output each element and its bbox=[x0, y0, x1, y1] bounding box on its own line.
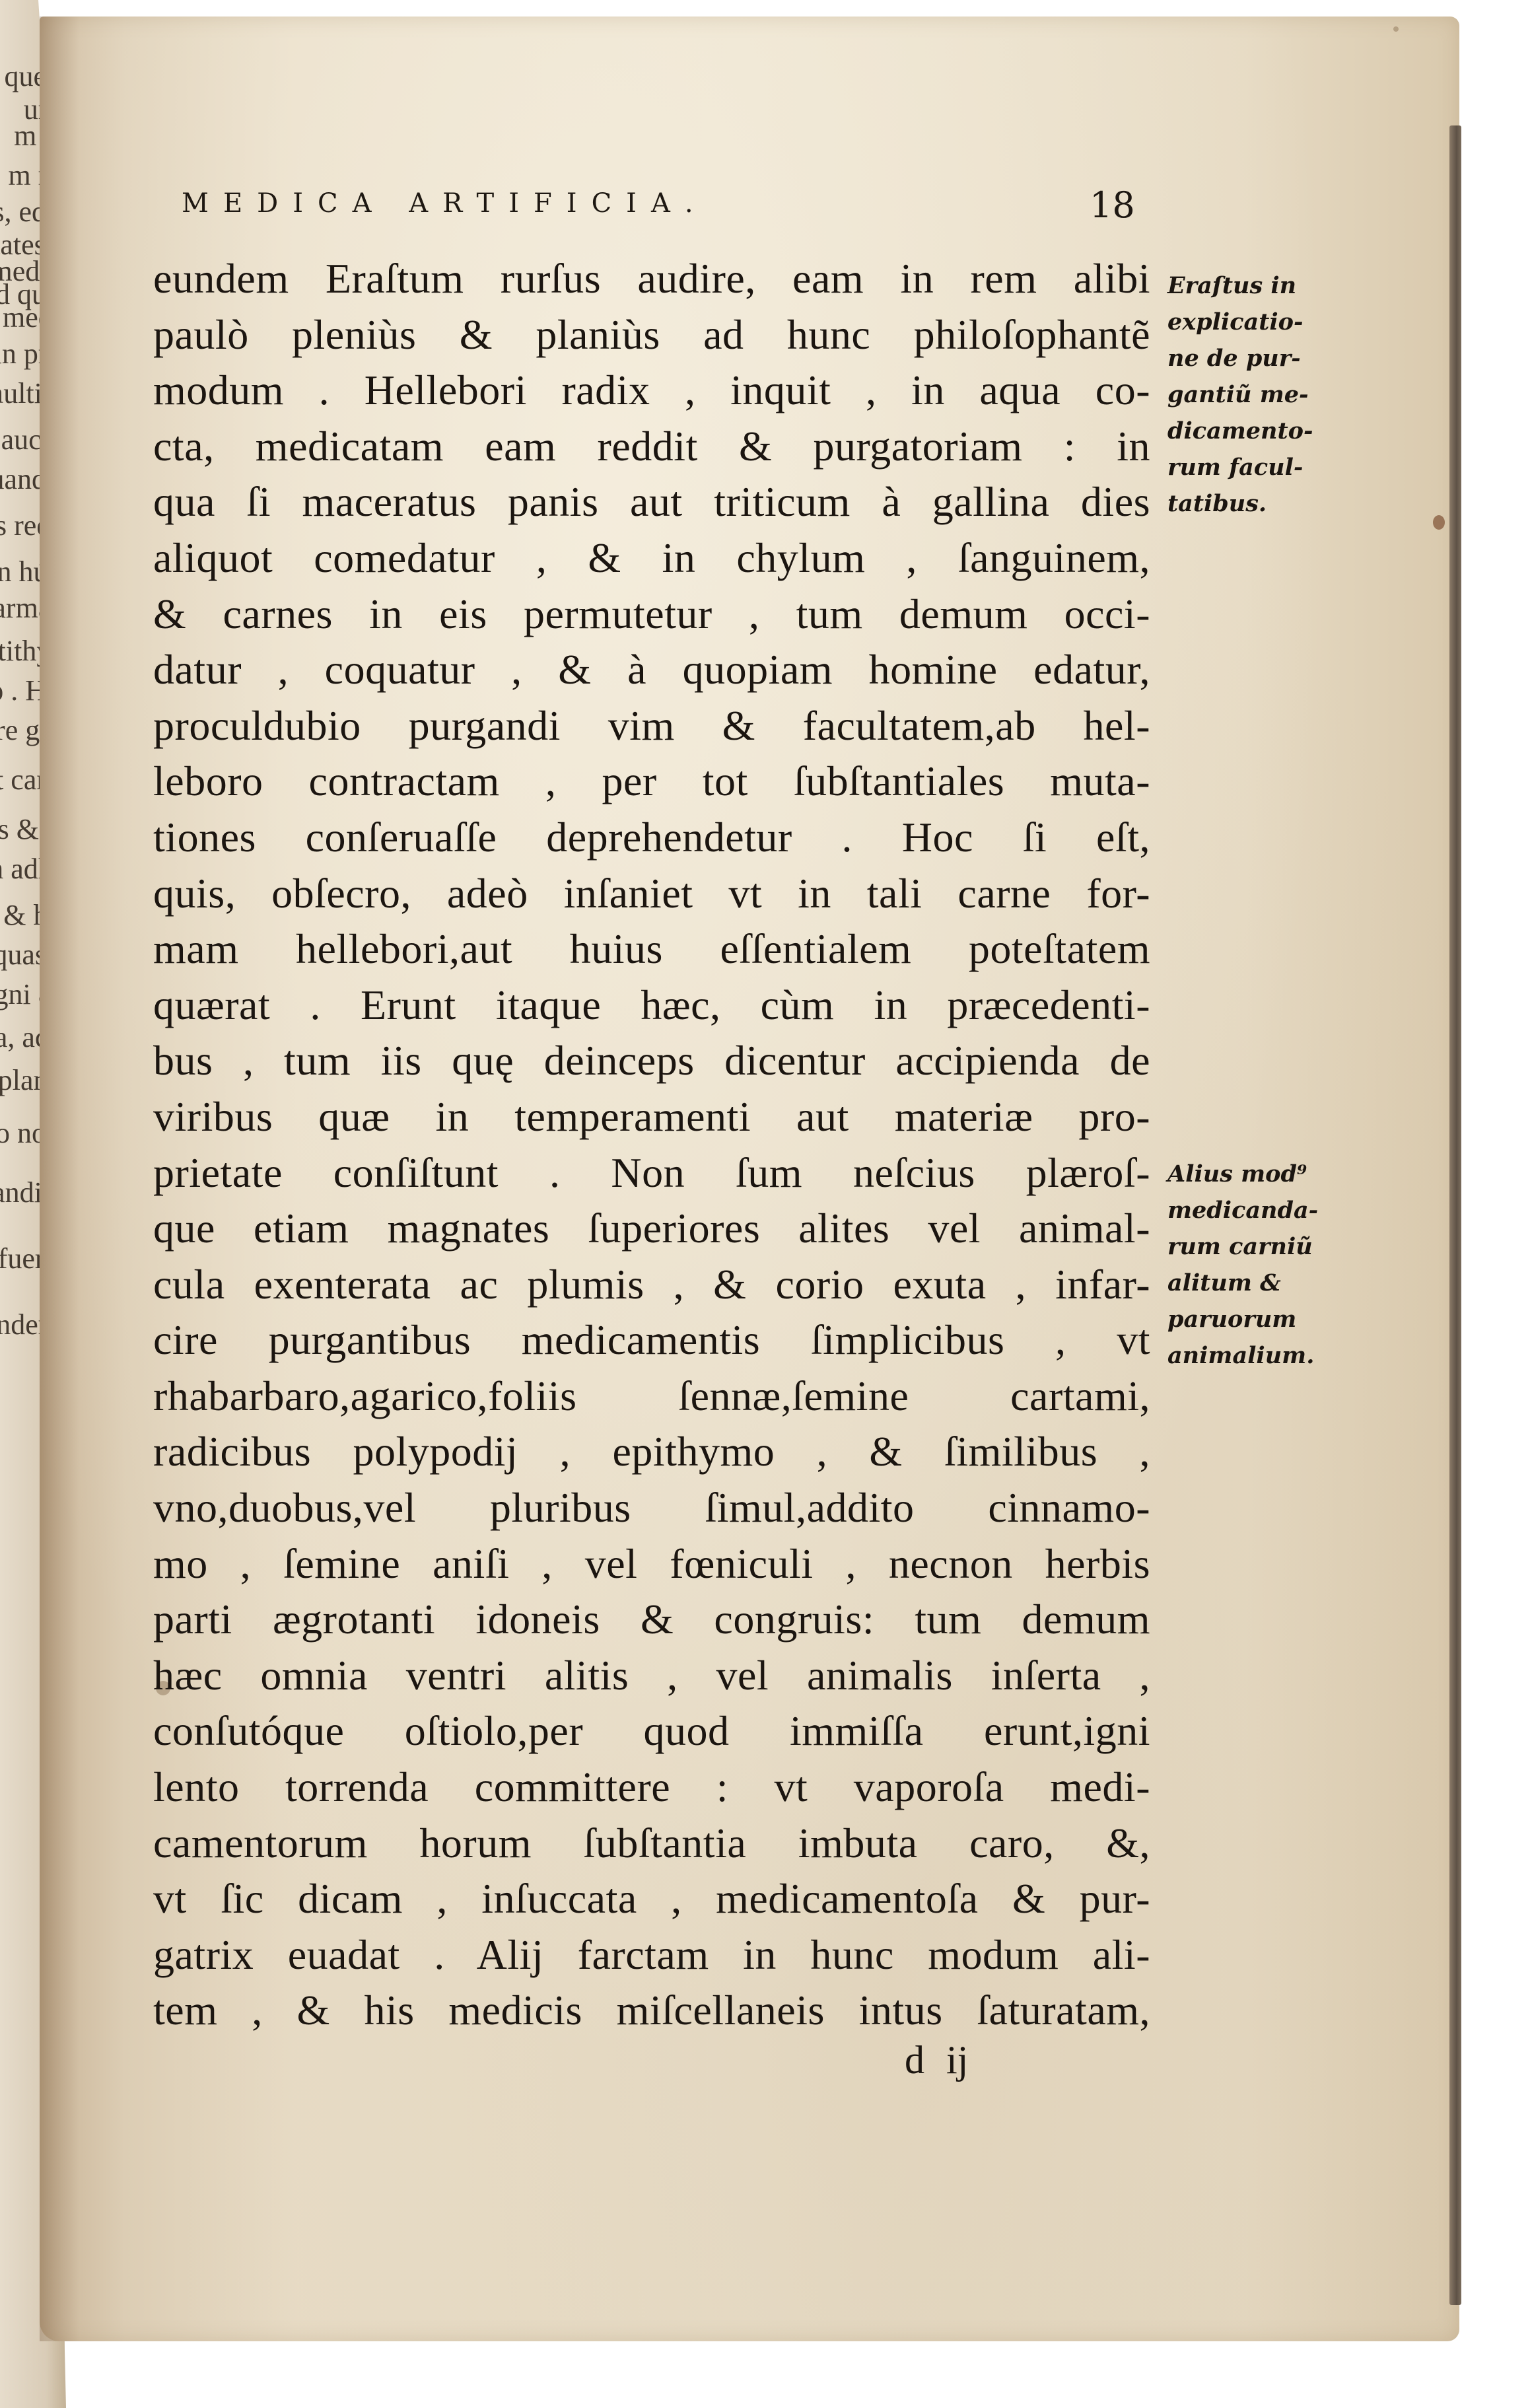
text-line: mam hellebori,aut huius eſſentialem pote… bbox=[153, 921, 1150, 977]
text-line: paulò pleniùs & planiùs ad hunc philoſop… bbox=[153, 307, 1150, 363]
foxing-spot bbox=[1393, 26, 1399, 32]
foxing-spot bbox=[1433, 515, 1445, 530]
note-line: Alius mod⁹ bbox=[1167, 1156, 1339, 1192]
text-line: hæc omnia ventri alitis , vel animalis i… bbox=[153, 1648, 1150, 1704]
text-line: modum . Hellebori radix , inquit , in aq… bbox=[153, 363, 1150, 419]
page-gutter-shadow bbox=[40, 17, 79, 2341]
text-line: que etiam magnates ſuperiores alites vel… bbox=[153, 1201, 1150, 1257]
text-line: leboro contractam , per tot ſubſtantiale… bbox=[153, 754, 1150, 810]
text-line: cta, medicatam eam reddit & purgatoriam … bbox=[153, 419, 1150, 475]
text-line: quærat . Erunt itaque hæc, cùm in præced… bbox=[153, 977, 1150, 1034]
text-line: quis, obſecro, adeò inſaniet vt in tali … bbox=[153, 866, 1150, 922]
note-line: ne de pur- bbox=[1167, 340, 1339, 376]
text-line: cire purgantibus medicamentis ſimplicibu… bbox=[153, 1312, 1150, 1368]
text-line: conſutóque oſtiolo,per quod immiſſa erun… bbox=[153, 1703, 1150, 1759]
note-line: paruorum bbox=[1167, 1301, 1339, 1337]
body-text: eundem Eraſtum rurſus audire, eam in rem… bbox=[153, 251, 1150, 2039]
note-line: tatibus. bbox=[1167, 485, 1339, 522]
text-line: mo , ſemine aniſi , vel fœniculi , necno… bbox=[153, 1536, 1150, 1592]
text-line: parti ægrotanti idoneis & congruis: tum … bbox=[153, 1592, 1150, 1648]
text-line: cula exenterata ac plumis , & corio exut… bbox=[153, 1257, 1150, 1313]
text-line: qua ſi maceratus panis aut triticum à ga… bbox=[153, 474, 1150, 530]
text-line: viribus quæ in temperamenti aut materiæ … bbox=[153, 1089, 1150, 1145]
text-line: lento torrenda committere : vt vaporoſa … bbox=[153, 1759, 1150, 1816]
text-line: prietate conſiſtunt . Non ſum neſcius pl… bbox=[153, 1145, 1150, 1201]
text-line: radicibus polypodij , epithymo , & ſimil… bbox=[153, 1424, 1150, 1480]
text-line: datur , coquatur , & à quopiam homine ed… bbox=[153, 642, 1150, 698]
text-line: proculdubio purgandi vim & facultatem,ab… bbox=[153, 698, 1150, 754]
text-line: vt ſic dicam , inſuccata , medicamentoſa… bbox=[153, 1871, 1150, 1927]
text-line: vno,duobus,vel pluribus ſimul,addito cin… bbox=[153, 1480, 1150, 1536]
note-line: explicatio- bbox=[1167, 304, 1339, 340]
page-number: 18 bbox=[1090, 184, 1135, 226]
text-line: & carnes in eis permutetur , tum demum o… bbox=[153, 586, 1150, 643]
text-line: rhabarbaro,agarico,foliis ſennæ,ſemine c… bbox=[153, 1368, 1150, 1425]
text-line: gatrix euadat . Alij farctam in hunc mod… bbox=[153, 1927, 1150, 1983]
running-title: Medica Artificia. bbox=[182, 188, 708, 219]
note-line: Eraſtus in bbox=[1167, 267, 1339, 304]
note-line: rum facul- bbox=[1167, 449, 1339, 485]
page-fore-edge bbox=[1449, 125, 1461, 2305]
note-line: dicamento- bbox=[1167, 413, 1339, 449]
text-line: aliquot comedatur , & in chylum , ſangui… bbox=[153, 530, 1150, 586]
note-line: gantiũ me- bbox=[1167, 376, 1339, 413]
text-line: tiones conſeruaſſe deprehendetur . Hoc ſ… bbox=[153, 810, 1150, 866]
running-head: Medica Artificia. 18 bbox=[182, 188, 1132, 228]
text-line: tem , & his medicis miſcellaneis intus ſ… bbox=[153, 1983, 1150, 2039]
marginal-note-erastus: Eraſtus in explicatio- ne de pur- gantiũ… bbox=[1167, 267, 1339, 522]
note-line: alitum & bbox=[1167, 1265, 1339, 1301]
note-line: rum carniũ bbox=[1167, 1228, 1339, 1265]
note-line: animalium. bbox=[1167, 1337, 1339, 1374]
note-line: medicanda- bbox=[1167, 1192, 1339, 1228]
text-line: bus , tum iis quę deinceps dicentur acci… bbox=[153, 1033, 1150, 1089]
marginal-note-alius-modus: Alius mod⁹ medicanda- rum carniũ alitum … bbox=[1167, 1156, 1339, 1374]
signature-mark: d ij bbox=[905, 2037, 968, 2083]
text-line: camentorum horum ſubſtantia imbuta caro,… bbox=[153, 1816, 1150, 1872]
text-line: eundem Eraſtum rurſus audire, eam in rem… bbox=[153, 251, 1150, 307]
